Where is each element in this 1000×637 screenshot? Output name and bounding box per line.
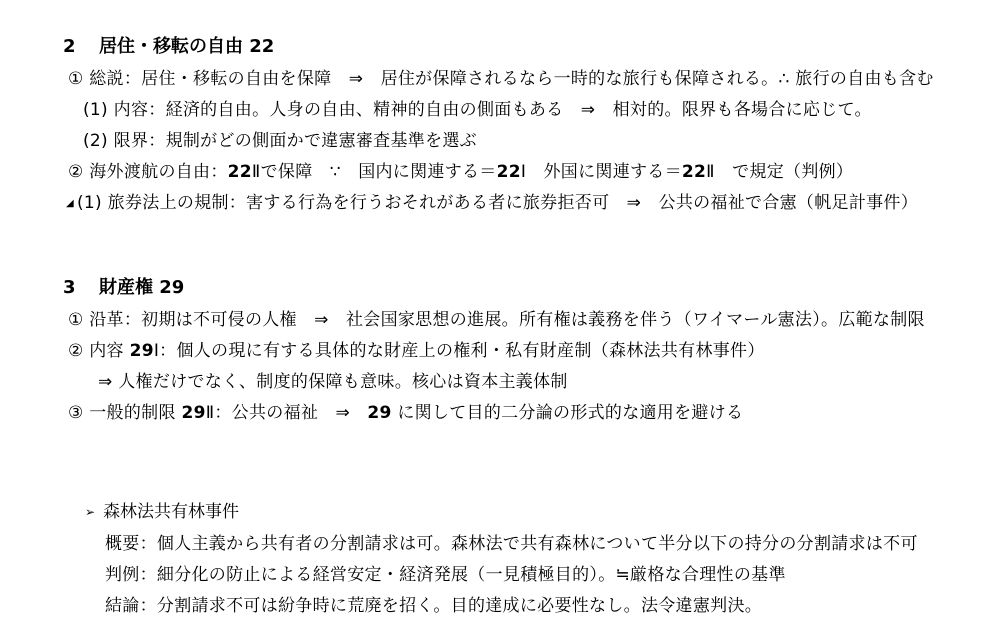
outline-line: ② 海外渡航の自由：22Ⅱで保障 ∵ 国内に関連する＝22Ⅰ 外国に関連する＝2… <box>63 157 982 188</box>
text-run: ① 総説：居住・移転の自由を保障 ⇒ 居住が保障されるなら一時的な旅行も保障され… <box>68 69 934 89</box>
outline-line: ① 総説：居住・移転の自由を保障 ⇒ 居住が保障されるなら一時的な旅行も保障され… <box>63 64 982 95</box>
section-number: 2 <box>63 30 99 64</box>
outline-line: ◢(1) 旅券法上の規制：害する行為を行うおそれがある者に旅券拒否可 ⇒ 公共の… <box>63 188 982 221</box>
text-run: Ⅱで保障 ∵ 国内に関連する＝ <box>252 162 497 182</box>
text-run: (2) 限界：規制がどの側面かで違憲審査基準を選ぶ <box>83 131 477 151</box>
text-run: Ⅰ：個人の現に有する具体的な財産上の権利・私有財産制（森林法共有林事件） <box>154 341 765 361</box>
lower-right-triangle-icon: ◢ <box>66 198 74 209</box>
text-run: 29 <box>181 403 205 423</box>
outline-line: (2) 限界：規制がどの側面かで違憲審査基準を選ぶ <box>63 126 982 157</box>
text-run: Ⅱ：公共の福祉 ⇒ <box>206 403 368 423</box>
text-run: ② 内容 <box>68 341 130 361</box>
text-run: 22 <box>228 162 252 182</box>
section-title: 財産権 29 <box>99 277 184 298</box>
text-run: Ⅰ 外国に関連する＝ <box>521 162 682 182</box>
text-run: ② 海外渡航の自由： <box>68 162 228 182</box>
text-run: Ⅱ で規定（判例） <box>706 162 853 182</box>
outline-line: (1) 内容：経済的自由。人身の自由、精神的自由の側面もある ⇒ 相対的。限界も… <box>63 95 982 126</box>
text-run: ① 沿革：初期は不可侵の人権 ⇒ 社会国家思想の進展。所有権は義務を伴う（ワイマ… <box>68 310 925 330</box>
text-run: 22 <box>497 162 521 182</box>
section-heading: 2居住・移転の自由 22 <box>63 30 982 64</box>
document-body: 2居住・移転の自由 22① 総説：居住・移転の自由を保障 ⇒ 居住が保障されるな… <box>63 30 982 622</box>
outline-line: ② 内容 29Ⅰ：個人の現に有する具体的な財産上の権利・私有財産制（森林法共有林… <box>63 336 982 367</box>
text-run: (1) 内容：経済的自由。人身の自由、精神的自由の側面もある ⇒ 相対的。限界も… <box>83 100 872 120</box>
case-note-detail-line: 結論：分割請求不可は紛争時に荒廃を招く。目的達成に必要性なし。法令違憲判決。 <box>63 591 982 622</box>
section-heading: 3財産権 29 <box>63 271 982 305</box>
arrowhead-bullet-icon: ➢ <box>85 505 95 519</box>
section-number: 3 <box>63 271 99 305</box>
case-note-title-line: ➢森林法共有林事件 <box>63 497 982 529</box>
section-freedom-of-residence-and-movement: 2居住・移転の自由 22① 総説：居住・移転の自由を保障 ⇒ 居住が保障されるな… <box>63 30 982 221</box>
text-run: に関して目的二分論の形式的な適用を避ける <box>392 403 744 423</box>
text-run: ③ 一般的制限 <box>68 403 181 423</box>
text-run: 22 <box>682 162 706 182</box>
outline-line: ① 沿革：初期は不可侵の人権 ⇒ 社会国家思想の進展。所有権は義務を伴う（ワイマ… <box>63 305 982 336</box>
text-run: 29 <box>367 403 391 423</box>
text-run: (1) 旅券法上の規制：害する行為を行うおそれがある者に旅券拒否可 ⇒ 公共の福… <box>77 193 918 213</box>
section-title: 居住・移転の自由 22 <box>99 36 274 57</box>
text-run: 29 <box>130 341 154 361</box>
case-note-detail-line: 判例：細分化の防止による経営安定・経済発展（一見積極目的）。≒厳格な合理性の基準 <box>63 560 982 591</box>
outline-line: ⇒ 人権だけでなく、制度的保障も意味。核心は資本主義体制 <box>63 367 982 398</box>
text-run: ⇒ 人権だけでなく、制度的保障も意味。核心は資本主義体制 <box>98 372 568 392</box>
case-note-forest-law: ➢森林法共有林事件概要：個人主義から共有者の分割請求は可。森林法で共有森林につい… <box>63 497 982 622</box>
case-note-title: 森林法共有林事件 <box>103 502 239 522</box>
document: 2居住・移転の自由 22① 総説：居住・移転の自由を保障 ⇒ 居住が保障されるな… <box>0 0 1000 622</box>
section-property-rights: 3財産権 29① 沿革：初期は不可侵の人権 ⇒ 社会国家思想の進展。所有権は義務… <box>63 271 982 429</box>
outline-line: ③ 一般的制限 29Ⅱ：公共の福祉 ⇒ 29 に関して目的二分論の形式的な適用を… <box>63 398 982 429</box>
case-note-detail-line: 概要：個人主義から共有者の分割請求は可。森林法で共有森林について半分以下の持分の… <box>63 529 982 560</box>
